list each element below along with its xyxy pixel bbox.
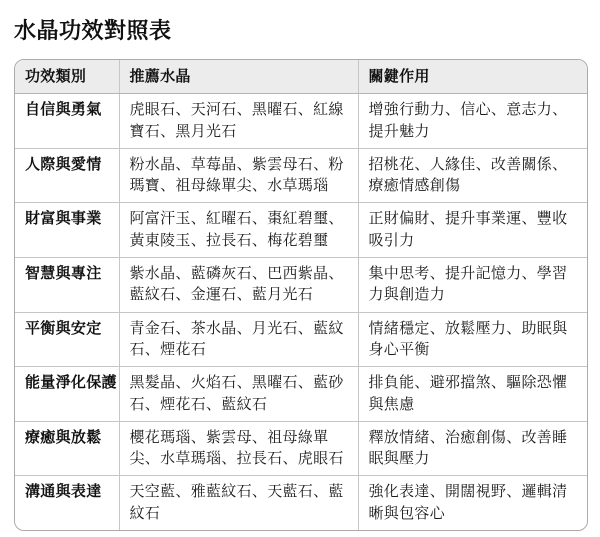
crystals-cell: 虎眼石、天河石、黑曜石、紅線寶石、黑月光石 — [119, 94, 358, 149]
effects-cell: 招桃花、人緣佳、改善關係、療癒情感創傷 — [358, 148, 587, 203]
crystals-cell: 紫水晶、藍磷灰石、巴西紫晶、藍紋石、金運石、藍月光石 — [119, 258, 358, 313]
table-header-row: 功效類別 推薦水晶 關鍵作用 — [15, 60, 587, 94]
table-row: 平衡與安定 青金石、茶水晶、月光石、藍紋石、煙花石 情緒穩定、放鬆壓力、助眠與身… — [15, 312, 587, 367]
category-cell: 智慧與專注 — [15, 258, 119, 313]
header-cell-category: 功效類別 — [15, 60, 119, 94]
crystals-cell: 黑髮晶、火焰石、黑曜石、藍砂石、煙花石、藍紋石 — [119, 367, 358, 422]
page: 水晶功效對照表 功效類別 推薦水晶 關鍵作用 自信與勇氣 虎眼石、天河石、黑曜石… — [0, 0, 600, 537]
effects-cell: 正財偏財、提升事業運、豐收吸引力 — [358, 203, 587, 258]
table-row: 療癒與放鬆 櫻花瑪瑙、紫雲母、祖母綠單尖、水草瑪瑙、拉長石、虎眼石 釋放情緒、治… — [15, 421, 587, 476]
crystals-cell: 天空藍、雅藍紋石、天藍石、藍紋石 — [119, 476, 358, 530]
crystals-cell: 青金石、茶水晶、月光石、藍紋石、煙花石 — [119, 312, 358, 367]
effects-cell: 排負能、避邪擋煞、驅除恐懼與焦慮 — [358, 367, 587, 422]
header-cell-effects: 關鍵作用 — [358, 60, 587, 94]
table-row: 財富與事業 阿富汗玉、紅曜石、棗紅碧璽、黃東陵玉、拉長石、梅花碧璽 正財偏財、提… — [15, 203, 587, 258]
crystals-cell: 櫻花瑪瑙、紫雲母、祖母綠單尖、水草瑪瑙、拉長石、虎眼石 — [119, 421, 358, 476]
table-row: 溝通與表達 天空藍、雅藍紋石、天藍石、藍紋石 強化表達、開闊視野、邏輯清晰與包容… — [15, 476, 587, 530]
category-cell: 溝通與表達 — [15, 476, 119, 530]
category-cell: 平衡與安定 — [15, 312, 119, 367]
category-cell: 人際與愛情 — [15, 148, 119, 203]
header-cell-crystals: 推薦水晶 — [119, 60, 358, 94]
effects-cell: 集中思考、提升記憶力、學習力與創造力 — [358, 258, 587, 313]
effects-cell: 情緒穩定、放鬆壓力、助眠與身心平衡 — [358, 312, 587, 367]
crystals-cell: 粉水晶、草莓晶、紫雲母石、粉瑪寶、祖母綠單尖、水草瑪瑙 — [119, 148, 358, 203]
page-title: 水晶功效對照表 — [14, 14, 586, 45]
category-cell: 自信與勇氣 — [15, 94, 119, 149]
category-cell: 療癒與放鬆 — [15, 421, 119, 476]
category-cell: 財富與事業 — [15, 203, 119, 258]
crystals-cell: 阿富汗玉、紅曜石、棗紅碧璽、黃東陵玉、拉長石、梅花碧璽 — [119, 203, 358, 258]
table-row: 自信與勇氣 虎眼石、天河石、黑曜石、紅線寶石、黑月光石 增強行動力、信心、意志力… — [15, 94, 587, 149]
effects-cell: 增強行動力、信心、意志力、提升魅力 — [358, 94, 587, 149]
crystal-table: 功效類別 推薦水晶 關鍵作用 自信與勇氣 虎眼石、天河石、黑曜石、紅線寶石、黑月… — [15, 60, 587, 530]
crystal-table-container: 功效類別 推薦水晶 關鍵作用 自信與勇氣 虎眼石、天河石、黑曜石、紅線寶石、黑月… — [14, 59, 588, 531]
table-row: 人際與愛情 粉水晶、草莓晶、紫雲母石、粉瑪寶、祖母綠單尖、水草瑪瑙 招桃花、人緣… — [15, 148, 587, 203]
category-cell: 能量淨化保護 — [15, 367, 119, 422]
table-row: 能量淨化保護 黑髮晶、火焰石、黑曜石、藍砂石、煙花石、藍紋石 排負能、避邪擋煞、… — [15, 367, 587, 422]
effects-cell: 釋放情緒、治癒創傷、改善睡眠與壓力 — [358, 421, 587, 476]
table-row: 智慧與專注 紫水晶、藍磷灰石、巴西紫晶、藍紋石、金運石、藍月光石 集中思考、提升… — [15, 258, 587, 313]
effects-cell: 強化表達、開闊視野、邏輯清晰與包容心 — [358, 476, 587, 530]
